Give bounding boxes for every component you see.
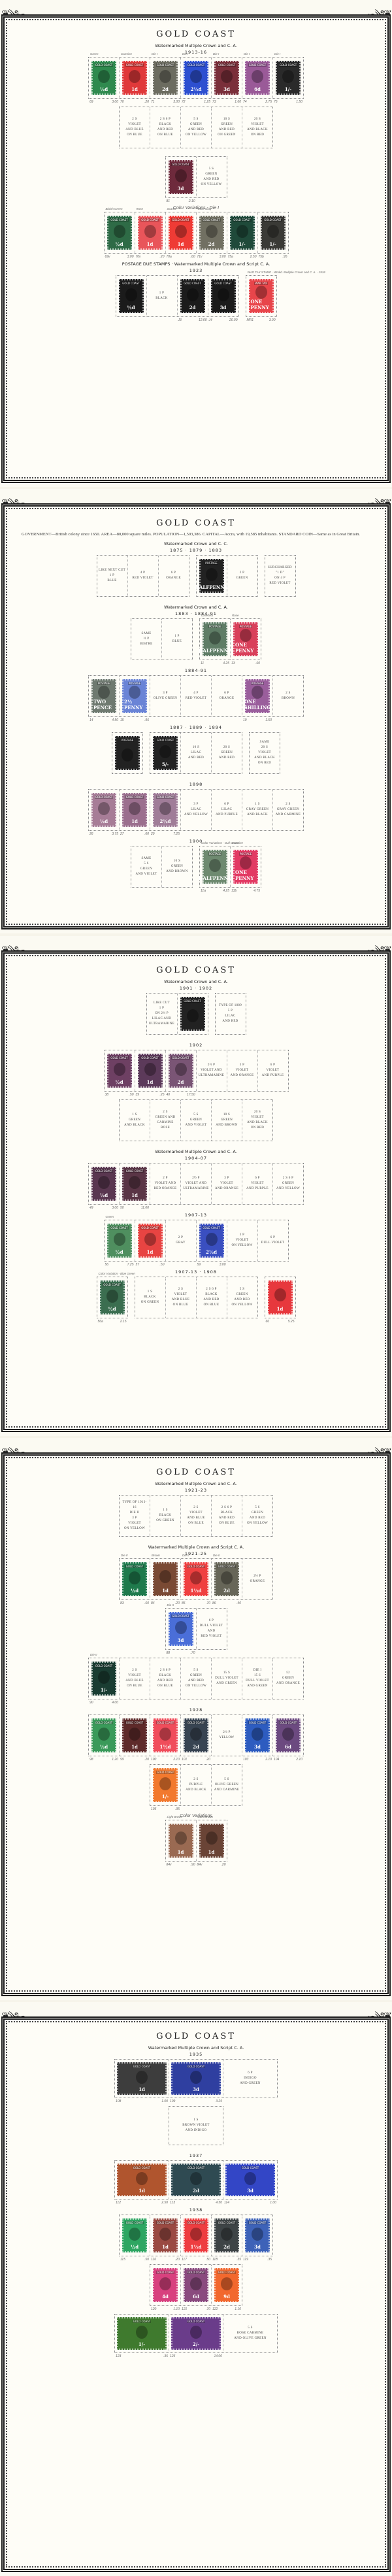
stamp-image[interactable]: GOLD COAST½d [91,61,116,95]
stamp-image[interactable]: GOLD COAST1d [169,216,193,250]
description-line: 6 P [246,1176,269,1181]
stamp-slot[interactable]: POSTAGE [112,733,142,773]
stamp-image[interactable]: GOLD COAST1d [117,2062,167,2095]
stamp-slot[interactable]: GOLD COAST½d38.50 [105,1050,135,1091]
catalog-value: .60 [144,1601,149,1605]
stamp-slot[interactable]: GOLD COAST1/-75b.95 [258,212,288,253]
stamp-image[interactable]: GOLD COAST6d [276,1718,301,1752]
stamp-image[interactable]: GOLD COAST½d [107,1224,132,1258]
stamp-image[interactable]: GOLD COAST1½d [184,2218,208,2252]
stamp-slot[interactable]: GOLD COAST1d5011.00 [120,1163,150,1204]
stamp-slot[interactable]: GOLD COAST2½d297.25 [150,790,181,830]
stamp-slot[interactable]: GOLD COAST2½dDie I721.25 [181,58,212,98]
stamp-slot[interactable]: GOLD COAST1d57.50 [135,1220,166,1261]
description-line: 3 P [231,1233,252,1238]
catalog-number: 69v [105,255,110,259]
slot-description: 2 SVIOLETAND BLUEON BLUE [186,1505,206,1526]
catalog-number: 26 [90,832,93,836]
catalog-number: 81 [167,199,171,203]
issue-year: 1907-13 · 1908 [12,1269,380,1275]
catalog-label: 69v3.00 [105,255,134,259]
stamp-slot[interactable]: GOLD COAST3dDie II88.70 [166,1609,197,1649]
stamp-block: Same5 SGREENAND VIOLET10 SGREENAND BROWN [131,846,193,888]
stamp-slot[interactable]: GOLD COAST2d1134.50 [169,2161,223,2199]
description-line: ON RED [247,1126,268,1131]
stamp-denomination: HALFPENNY [199,875,231,881]
issue-year: 1887 · 1889 · 1894 [12,725,380,730]
stamp-slot[interactable]: GOLD COAST3d1032.10 [242,1715,273,1756]
stamp-slot[interactable]: POSTAGE2½ PENNY15.95 [120,676,150,716]
catalog-value: .60 [144,832,149,836]
stamp-image[interactable]: GOLD COAST½d [122,2218,147,2252]
stamp-slot[interactable]: GOLD COAST2d118.35 [212,2215,242,2256]
stamp-caption: GOLD COAST [248,1721,267,1724]
catalog-number: 123 [116,2354,121,2358]
slot-description: 2½ PORANGE [249,1574,267,1584]
stamp-image[interactable]: GOLD COAST3d [245,2218,270,2252]
description-line: AND ORANGE [276,1681,300,1686]
stamp-slot[interactable]: GOLD COAST½d115.50 [120,2215,150,2256]
stamp-row: GOLD COAST4d1201.10GOLD COAST6d121.70GOL… [12,2264,380,2306]
stamp-image[interactable]: GOLD COAST1d [117,2164,167,2196]
stamp-slot[interactable]: GOLD COAST½dColor Variation · Blue Green… [97,1277,127,1318]
portrait-icon [136,2071,148,2084]
stamp-slot[interactable]: GOLD COAST4d1201.10 [150,2265,181,2305]
portrait-icon [144,1233,156,1246]
catalog-value: .70 [206,1601,210,1605]
description-line: ON GREEN [141,1300,159,1305]
stamp-denomination: 1½d [190,1588,201,1594]
catalog-label: 15.95 [120,718,149,722]
stamp-image[interactable]: GOLD COAST2d [214,2218,239,2252]
stamp-caption: GOLD COAST [133,2320,151,2323]
catalog-value: 17.50 [187,1093,195,1097]
catalog-value: 4.75 [253,889,260,893]
stamp-image[interactable]: GOLD COAST1½d [184,1562,208,1596]
stamp-block: GOLD COAST3dDie II88.706 PDULL VIOLETAND… [165,1608,227,1650]
stamp-image[interactable]: GOLD COAST½d [91,793,116,827]
slot-description: 10 SGREENAND BROWN [214,1112,238,1128]
portrait-icon [114,1063,125,1076]
stamp-denomination: 2d [193,2188,199,2194]
description-line: AND BLUE [187,1516,205,1521]
stamp-caption: GOLD COAST [248,2221,267,2224]
stamp-image[interactable]: WAR TAXONE PENNY [249,279,274,313]
description-line: ULTRAMARINE [149,1022,174,1027]
portrait-icon [159,2228,171,2241]
stamp-slot[interactable]: GOLD COAST1dRose70v.20 [135,212,166,253]
description-line: ½ P [140,637,152,642]
catalog-label: 27.60 [120,832,149,836]
stamp-slot[interactable]: GOLD COAST3d119.35 [242,2215,272,2256]
stamp-slot[interactable]: GOLD COAST2dOlive Gray71v3.00 [197,212,227,253]
slot-description: 2 S 6 PGREENAND YELLOW [275,1176,301,1192]
stamp-image[interactable]: GOLD COAST2/- [171,2317,221,2350]
description-line: 3 P [154,691,177,696]
empty-slot: 1 SGRAY GREENAND BLACK [242,790,273,830]
stamp-denomination: 2/- [193,2341,199,2347]
description-line: VIOLET [246,1181,269,1186]
portrait-icon [175,169,187,182]
stamp-caption: GOLD COAST [187,2271,205,2274]
stamp-block: Like next cut1 PBLUE4 PRED VIOLET6 PORAN… [97,555,189,597]
portrait-icon [98,1671,110,1684]
stamp-slot[interactable]: GOLD COAST2dDie I713.00 [150,58,181,98]
slot-description: 2 SPURPLEAND BLACK [184,1777,208,1793]
stamp-image[interactable]: GOLD COAST2½d [153,793,178,827]
portrait-icon [240,856,252,869]
stamp-image[interactable]: GOLD COAST1d [153,2218,178,2252]
stamp-slot[interactable]: GOLD COAST2d101.20 [181,1715,212,1756]
stamp-image[interactable]: GOLD COAST3d [169,160,193,194]
stamp-slot[interactable]: GOLD COAST½d [116,276,147,316]
description-line: VIOLET [125,122,144,127]
description-line: GREEN [216,1118,237,1123]
stamp-slot[interactable]: GOLD COAST1/-75a2.50 [227,212,258,253]
watermark-heading: Watermarked Multiple Crown and Script C.… [12,1545,380,1550]
stamp-image[interactable]: GOLD COAST [180,997,205,1031]
slot-description: 6 PDULL VIOLET [260,1235,286,1246]
stamp-caption: GOLD COAST [183,282,201,285]
stamp-slot[interactable]: POSTAGEHALFPENNYGreenish114.25 [200,619,231,660]
stamp-slot[interactable]: GOLD COAST3d1141.00 [223,2161,277,2199]
stamp-image[interactable]: GOLD COAST1d [122,1167,147,1201]
catalog-number: 105 [151,1807,156,1811]
stamp-slot[interactable]: GOLD COAST1½d1002.10 [150,1715,181,1756]
description-line: VIOLET [262,1068,284,1073]
stamp-image[interactable]: GOLD COAST3d [211,279,236,313]
stamp-denomination: 1/- [238,241,245,247]
empty-slot: Same5 SGREENAND VIOLET [131,846,162,887]
stamp-slot[interactable]: GOLD COAST½dGreen693.00 [89,58,120,98]
portrait-icon [206,568,218,581]
stamp-slot[interactable]: GOLD COAST1d99.20 [120,1715,150,1756]
stamp-image[interactable]: GOLD COAST2d [169,1054,193,1088]
empty-slot: 5 SGREENAND REDON YELLOW [227,1277,257,1318]
stamp-slot[interactable]: 1d665.25 [265,1277,295,1318]
stamp-row: GOLD COAST3d812.105 SGREENAND REDON YELL… [12,156,380,198]
catalog-value: 1.50 [296,100,302,104]
stamp-image[interactable]: GOLD COAST2½d [199,1224,224,1258]
stamp-image[interactable]: GOLD COAST1d [138,1054,163,1088]
handwritten-note: Die II [90,1653,97,1656]
empty-slot: 1 SGREENAND BLACK [120,1100,150,1141]
portrait-icon [122,748,133,761]
stamp-image[interactable]: GOLD COAST2d [171,2164,221,2196]
stamp-caption: GOLD COAST [95,1721,113,1724]
stamp-image[interactable]: GOLD COAST½d [91,1167,116,1201]
stamp-slot[interactable]: 1dBrown84.20 [150,1559,181,1599]
description-line: AND RED [186,127,206,133]
handwritten-note: Brown [152,1554,160,1557]
portrait-icon [252,70,263,83]
portrait-icon [129,1571,140,1584]
stamp-image[interactable]: GOLD COAST2d [199,216,224,250]
stamp-image[interactable]: GOLD COAST1/- [230,216,255,250]
stamp-image[interactable]: GOLD COAST3d [245,1718,270,1752]
slot-description: 20 SVIOLETAND BLACKON RED [246,1110,269,1131]
stamp-row: POSTAGETWO PENCE144.50POSTAGE2½ PENNY15.… [12,675,380,717]
stamp-denomination: 2d [223,2244,230,2250]
stamp-slot[interactable]: GOLD COAST2dDie II86.40 [212,1559,242,1599]
stamp-image[interactable]: GOLD COAST1d [138,216,163,250]
description-line: 2½ P [199,1063,224,1068]
stamp-caption: GOLD COAST [187,2221,205,2224]
catalog-label: 57.50 [136,1263,165,1267]
description-line: 4 P [132,571,153,576]
stamp-image[interactable]: GOLD COAST3d [169,1612,193,1646]
stamp-image[interactable]: GOLD COAST1/- [117,2317,167,2350]
stamp-slot[interactable]: GOLD COAST1d1081.00 [115,2060,169,2098]
stamp-image[interactable]: GOLD COAST1d [138,1224,163,1258]
portrait-icon [175,1621,187,1634]
stamp-image[interactable]: GOLD COAST2½d [184,61,208,95]
stamp-image[interactable]: GOLD COAST3d [214,61,239,95]
stamp-image[interactable]: 1d [199,1824,224,1858]
stamp-slot[interactable]: POSTAGEHALFPENNYColor Variations · Dull … [200,846,231,887]
stamp-slot[interactable]: GOLD COAST1/-Die I751.50 [273,58,303,98]
stamp-caption: GOLD COAST [241,2166,259,2169]
description-line: BLACK [219,1511,235,1516]
stamp-slot[interactable]: GOLD COAST6d1042.10 [273,1715,303,1756]
stamp-image[interactable]: POSTAGEONE PENNY [233,850,258,884]
stamp-image[interactable]: GOLD COAST9d [214,2268,239,2302]
description-line: 6 P [220,691,235,696]
catalog-number: 103 [243,1758,248,1762]
issue-year: 1902 [12,1043,380,1048]
empty-slot: 2 S 6 PBLACKAND REDON BLUE [197,1277,227,1318]
stamp-slot[interactable]: 1dLight Brown84v.90 [166,1820,197,1861]
stamp-image[interactable]: GOLD COAST2d [153,61,178,95]
stamp-slot[interactable]: GOLD COAST½dBluish Green69v3.00 [105,212,135,253]
stamp-slot[interactable]: GOLD COAST1d1122.50 [115,2161,169,2199]
catalog-value: .95 [175,1807,180,1811]
catalog-number: J4 [209,318,212,322]
stamp-image[interactable]: GOLD COAST1½d [153,1718,178,1752]
stamp-image[interactable]: GOLD COAST1/- [261,216,286,250]
stamp-image[interactable]: GOLD COAST5/- [153,736,178,770]
description-line: ON GREEN [156,1518,174,1524]
stamp-slot[interactable]: POSTAGEONE SHILLING191.50 [242,676,273,716]
stamp-denomination: 9d [223,2294,230,2300]
stamp-denomination: ½d [100,818,108,824]
stamp-image[interactable]: GOLD COAST3d [171,2062,221,2095]
stamp-slot[interactable]: GOLD COAST1/-105.95 [150,1765,181,1805]
stamp-slot[interactable]: GOLD COAST1½d117.50 [181,2215,212,2256]
catalog-value: 1.25 [204,100,210,104]
stamp-image[interactable]: GOLD COAST½d [122,1562,147,1596]
stamp-slot[interactable]: GOLD COAST2/-12514.00 [169,2315,223,2352]
stamp-slot[interactable]: GOLD COAST1d27.60 [120,790,150,830]
stamp-slot[interactable]: GOLD COAST5/- [150,733,181,773]
slot-description: Type of 1913-16Die II3 PVIOLETON YELLOW [120,1500,150,1531]
stamp-slot[interactable]: GOLD COAST1/-Die II904.00 [89,1658,120,1699]
catalog-value: .20 [175,1601,180,1605]
stamp-image[interactable]: GOLD COAST1d [122,61,147,95]
stamp-block: GOLD COAST½dColor Variation · Blue Green… [97,1277,128,1318]
stamp-image[interactable]: GOLD COAST½d [119,279,144,313]
stamp-image[interactable]: GOLD COAST6d [245,61,270,95]
stamp-slot[interactable]: GOLD COAST½d981.20 [89,1715,120,1756]
stamp-image[interactable]: GOLD COAST½d [107,1054,132,1088]
stamp-image[interactable]: POSTAGEONE PENNY [233,622,258,656]
stamp-image[interactable]: POSTAGEONE SHILLING [245,679,270,713]
stamp-image[interactable]: POSTAGEHALFPENNY [199,559,224,593]
description-line: ULTRAMARINE [183,1186,208,1192]
stamp-slot[interactable]: GOLD COAST3dDie I731.60 [212,58,242,98]
catalog-label: 191.50 [243,718,272,722]
portrait-icon [206,1832,218,1845]
catalog-label: 1042.10 [274,1758,302,1762]
stamp-slot[interactable]: GOLD COAST3d812.10 [166,157,197,197]
description-line: 6 P [261,1235,285,1241]
catalog-label: 1081.00 [116,2099,168,2103]
stamp-slot[interactable]: GOLD COAST1/-123.35 [115,2315,169,2352]
empty-slot: 6 PORANGE [212,676,242,716]
stamp-image[interactable]: 1d [153,1562,178,1596]
stamp-image[interactable]: GOLD COAST2d [180,279,205,313]
stamp-image[interactable]: GOLD COAST½d [91,1718,116,1752]
stamp-slot[interactable]: GOLD COAST1d116.20 [150,2215,181,2256]
watermark-heading: Watermarked Crown and C. A. [12,605,380,610]
catalog-label: 812.10 [167,199,195,203]
stamp-slot[interactable]: GOLD COAST2d4017.50 [166,1050,197,1091]
portrait-icon [159,745,171,758]
stamp-image[interactable]: POSTAGETWO PENCE [91,679,116,713]
stamp-slot[interactable]: POSTAGEHALFPENNY [197,556,227,596]
empty-slot: 2 SVIOLETAND BLUEON BLUE [120,1658,150,1699]
description-line: DULL VIOLET [215,1676,238,1681]
slot-description: 2 PGREEN [235,571,249,581]
stamp-image[interactable]: GOLD COAST1/- [276,61,301,95]
catalog-number: 13b [231,889,237,893]
slot-description: 4 PRED VIOLET [131,571,154,581]
catalog-value: .20 [175,2258,180,2262]
stamp-slot[interactable]: GOLD COAST1½dDie II85.70 [181,1559,212,1599]
slot-description: 2 S 6 PBLACKAND REDON BLUE [156,117,174,138]
description-line: 6 P [166,571,181,576]
empty-slot: 2 SVIOLETAND BLUEON BLUE [181,1496,212,1536]
stamp-slot[interactable]: GOLD COAST6dDie I742.75 [242,58,273,98]
stamp-denomination: 2d [223,1588,230,1594]
description-line: "1 D" [268,571,292,576]
stamp-caption: GOLD COAST [218,2271,236,2274]
catalog-value: .35 [237,2258,241,2262]
stamp-slot[interactable]: GOLD COAST2dJ312.00 [178,276,208,316]
stamp-image[interactable]: GOLD COAST6d [184,2268,208,2302]
slot-description: Die I15 SDULL VIOLETAND GREEN [244,1668,270,1689]
portrait-icon [159,2277,171,2290]
stamp-slot[interactable]: GOLD COAST9d1221.10 [212,2265,242,2305]
description-line: Type of 1913-16 [121,1500,148,1511]
stamp-slot[interactable]: POSTAGETWO PENCE144.50 [89,676,120,716]
empty-slot: 2 PGREEN [227,556,257,596]
stamp-row: GOLD COAST½dColor Variation · Blue Green… [12,1277,380,1318]
stamp-image[interactable]: POSTAGEHALFPENNY [203,850,227,884]
stamp-slot[interactable]: GOLD COAST1dScarlet70a.60 [166,212,197,253]
stamp-row: GOLD COAST1d1081.00GOLD COAST3d1093.256 … [12,2059,380,2098]
stamp-image[interactable]: GOLD COAST2d [184,1718,208,1752]
stamp-slot[interactable]: GOLD COAST½dDie II83.60 [120,1559,150,1599]
stamp-slot[interactable]: 1dDark Brown84v.20 [197,1820,227,1861]
stamp-slot[interactable]: GOLD COAST½d493.00 [89,1163,120,1204]
stamp-image[interactable]: GOLD COAST1d [122,1718,147,1752]
album-page: ❦༄∽∽༄❦GOLD COASTWatermarked Multiple Cro… [0,1438,392,2000]
catalog-number: 85 [182,1601,186,1605]
stamp-slot[interactable]: POSTAGEONE PENNYRose13.60 [231,619,261,660]
description-line: 5 S [186,1668,206,1673]
catalog-label: 99.20 [120,1758,149,1762]
stamp-image[interactable]: GOLD COAST1d [122,793,147,827]
stamp-image[interactable]: POSTAGE [115,736,140,770]
catalog-value: 1.00 [270,2201,276,2205]
stamp-image[interactable]: GOLD COAST1/- [153,1768,178,1802]
stamp-image[interactable]: GOLD COAST3d [225,2164,275,2196]
stamp-slot[interactable]: GOLD COAST3d1093.25 [169,2060,223,2098]
stamp-caption: GOLD COAST [171,1056,189,1060]
stamp-caption: GOLD COAST [187,1721,205,1724]
stamp-slot[interactable]: GOLD COAST2½d593.00 [197,1220,227,1261]
stamp-image[interactable]: 1d [268,1280,293,1314]
stamp-slot[interactable]: GOLD COAST3dJ420.00 [208,276,238,316]
stamp-slot[interactable]: GOLD COAST½dGreen567.25 [105,1220,135,1261]
description-line: OLIVE GREEN [214,1782,239,1788]
slot-description: 5 SGREENAND VIOLET [184,1112,208,1128]
stamp-image[interactable]: 1d [169,1824,193,1858]
stamp-image[interactable]: GOLD COAST1/- [91,1662,116,1696]
stamp-image[interactable]: GOLD COAST4d [153,2268,178,2302]
empty-slot: 2 S 6 PBLACKAND REDON BLUE [150,107,181,148]
description-line: BROWN VIOLET [182,2123,209,2128]
stamp-image[interactable]: GOLD COAST½d [100,1280,125,1314]
stamp-denomination: 1d [178,1849,184,1855]
stamp-denomination: 2½ PENNY [124,699,145,711]
empty-slot: Type of 18895 PLILACAND RED [216,994,246,1034]
watermark-heading: Watermarked Crown and C. C. [12,541,380,546]
stamp-slot[interactable]: GOLD COAST6d121.70 [181,2265,212,2305]
handwritten-note: Carmine [121,52,132,56]
stamp-slot[interactable]: GOLD COAST½d263.75 [89,790,120,830]
stamp-image[interactable]: GOLD COAST½d [107,216,132,250]
catalog-label: 751.50 [274,100,302,104]
description-line: VIOLET AND [199,1068,224,1073]
stamp-slot[interactable]: POSTAGEONE PENNYCarmine13b4.75 [231,846,261,887]
handwritten-note: Rose [232,614,239,617]
description-line: AND CARMINE [276,812,301,818]
stamp-denomination: 1d [147,1079,154,1085]
portrait-icon [159,1728,171,1741]
catalog-number: 73 [212,100,216,104]
slot-description: 2 S 6 PBLACKAND REDON BLUE [218,1505,236,1526]
stamp-image[interactable]: POSTAGE2½ PENNY [122,679,147,713]
issue-year: 1935 [12,2052,380,2057]
stamp-slot[interactable]: WAR TAXONE PENNYWAR TAX STAMP · Wmkd. Mu… [246,276,276,316]
description-line: 5 P [219,1009,242,1014]
description-line: ON BLUE [157,1684,173,1689]
stamp-image[interactable]: POSTAGEHALFPENNY [203,622,227,656]
description-line: 20 S [219,745,235,750]
handwritten-note: Color Variation · Blue Green [99,1272,135,1275]
empty-slot: 3 PVIOLETAND ORANGE [227,1050,258,1091]
description-line: AND RED [201,177,221,182]
description-line: BLACK [156,1513,174,1518]
stamp-slot[interactable]: GOLD COAST1dCarmine70.20 [120,58,150,98]
catalog-label: 84v.20 [197,1863,226,1867]
stamp-slot[interactable]: GOLD COAST [178,994,208,1034]
stamp-slot[interactable]: GOLD COAST1d39.25 [135,1050,166,1091]
stamp-caption: GOLD COAST [183,999,201,1003]
stamp-image[interactable]: GOLD COAST2d [214,1562,239,1596]
